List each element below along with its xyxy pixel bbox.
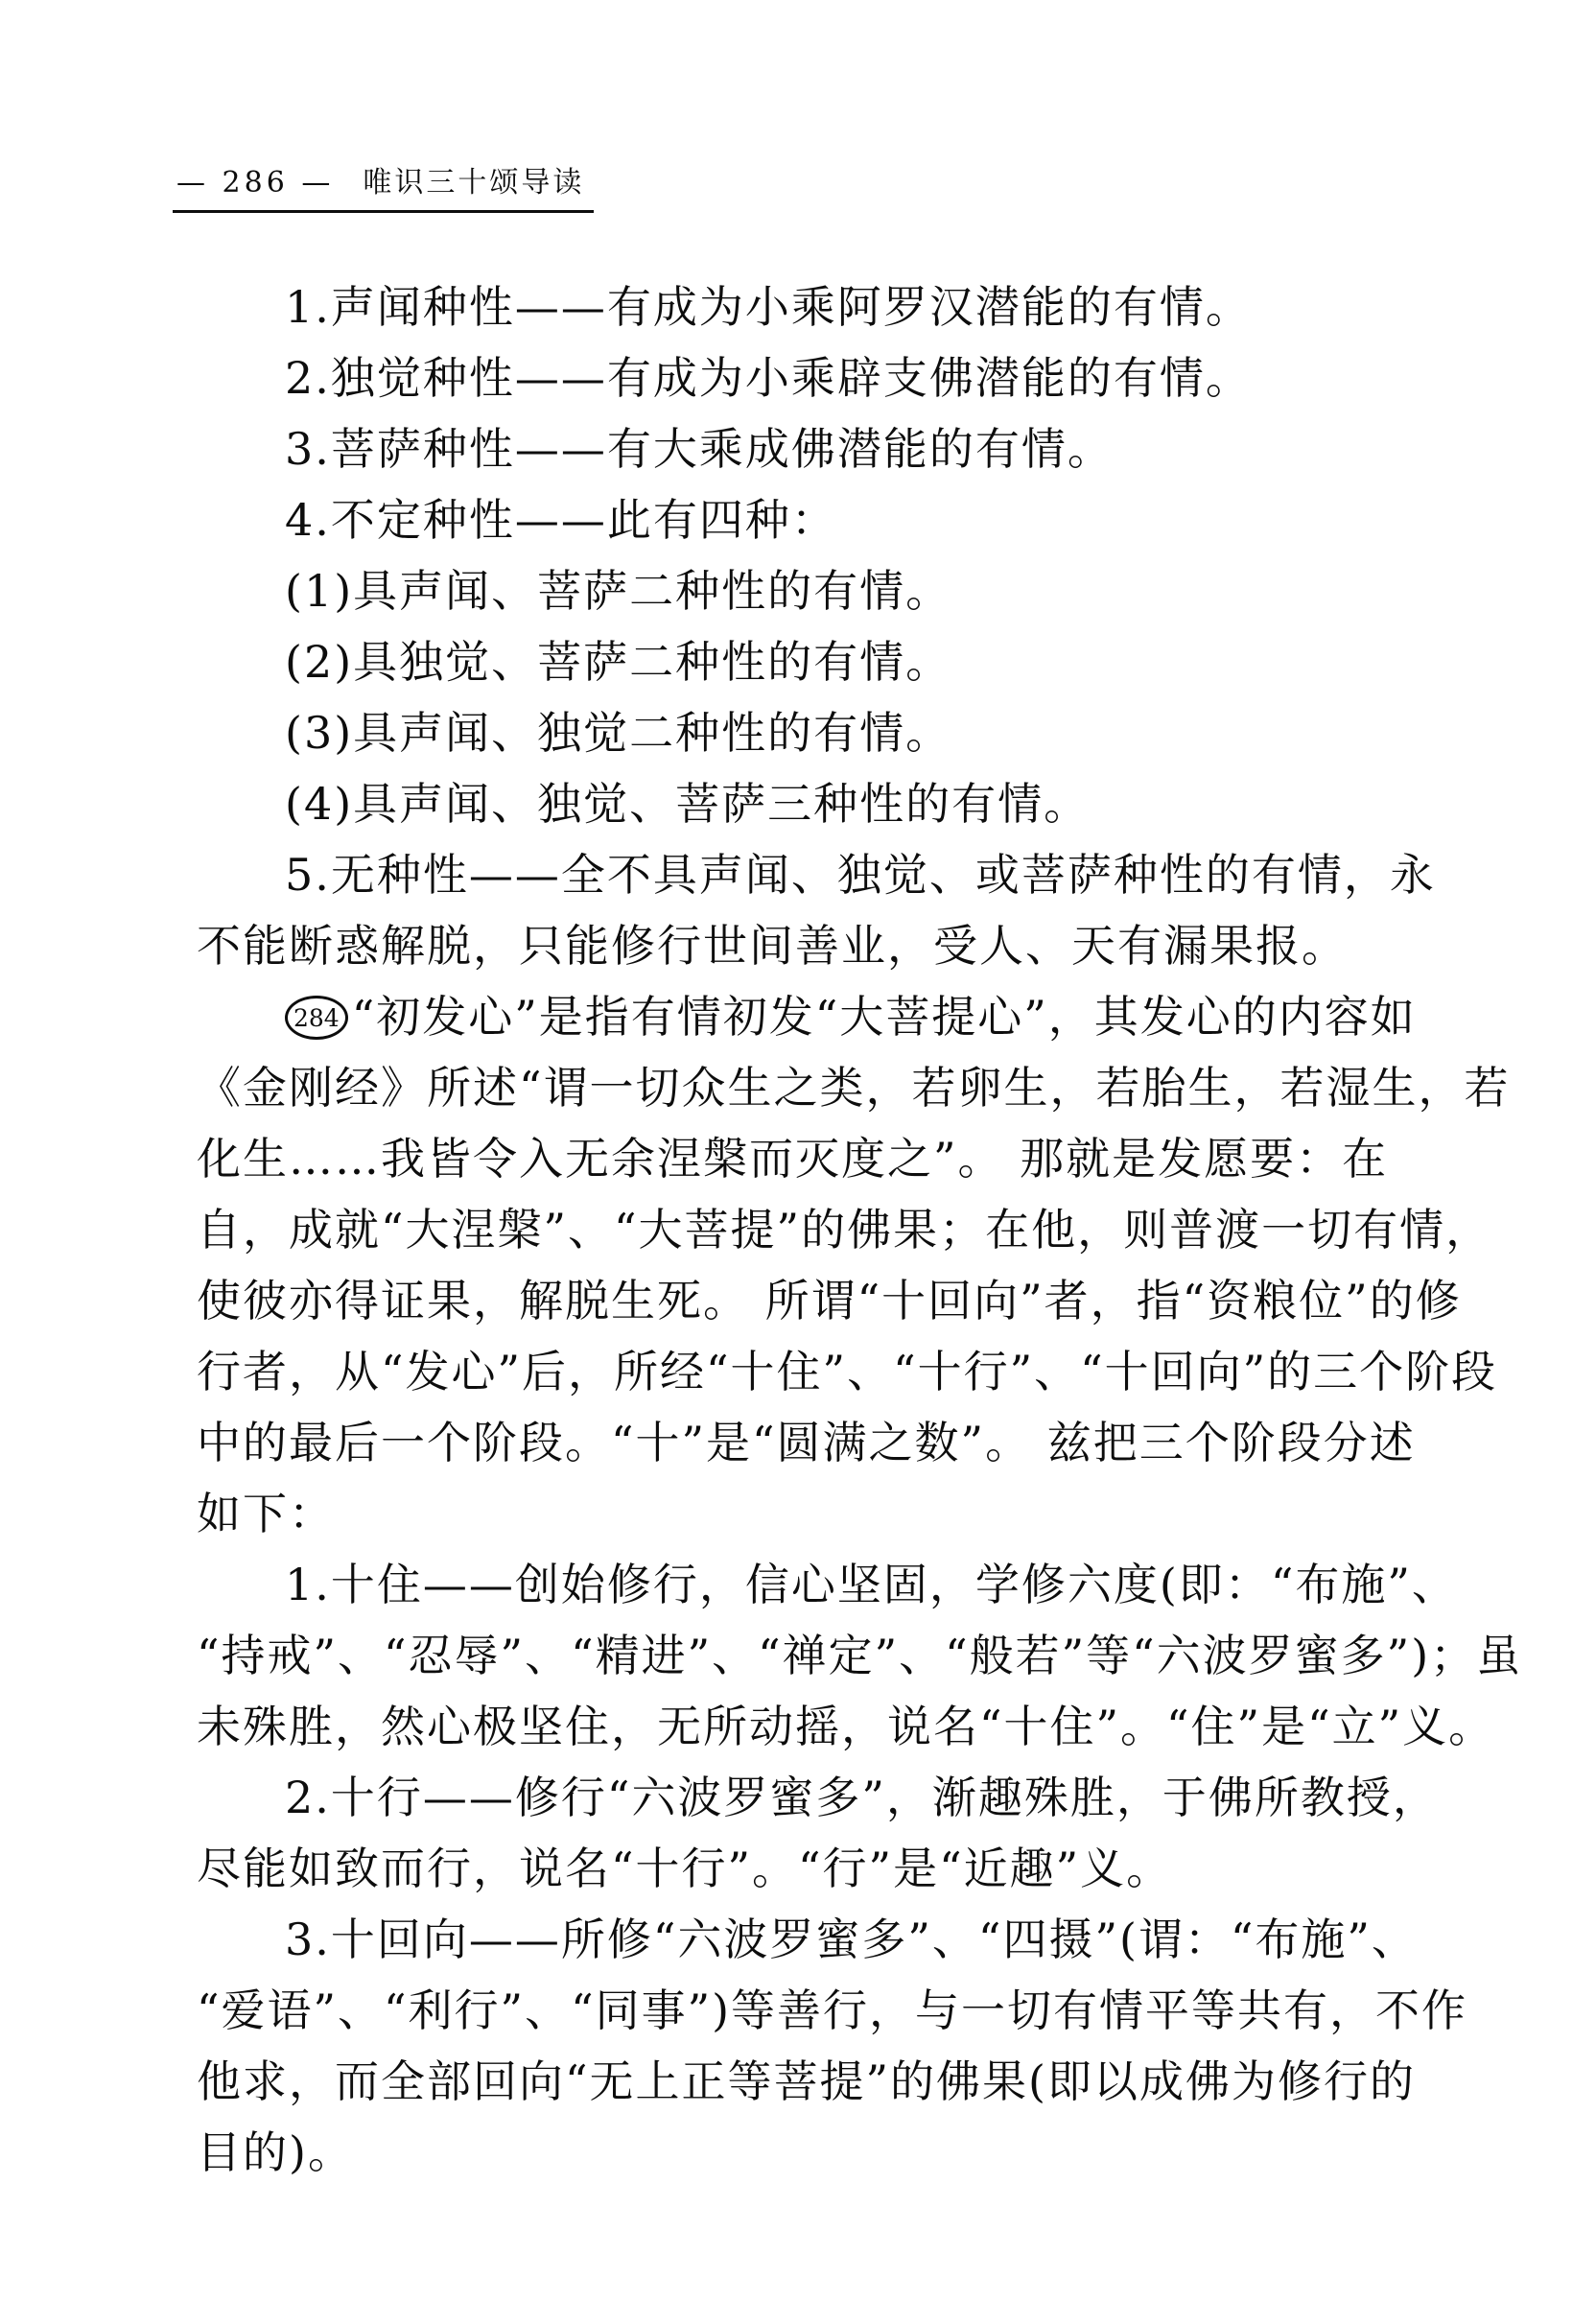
text-line: 《金刚经》所述“谓一切众生之类，若卵生，若胎生，若湿生，若 (197, 1052, 1501, 1123)
text-line: 4.不定种性——此有四种： (197, 484, 1501, 555)
text-line: 1.十住——创始修行，信心坚固，学修六度(即：“布施”、 (197, 1549, 1501, 1620)
text-line: (2)具独觉、菩萨二种性的有情。 (197, 626, 1501, 697)
text-line: (4)具声闻、独觉、菩萨三种性的有情。 (197, 768, 1501, 839)
text-line: 如下： (197, 1478, 1501, 1549)
text-line: 中的最后一个阶段。“十”是“圆满之数”。 兹把三个阶段分述 (197, 1407, 1501, 1478)
scanned-book-page: — 286 —唯识三十颂导读 1.声闻种性——有成为小乘阿罗汉潜能的有情。2.独… (0, 0, 1596, 2301)
text-line: 3.菩萨种性——有大乘成佛潜能的有情。 (197, 413, 1501, 484)
text-line: “持戒”、“忍辱”、“精进”、“禅定”、“般若”等“六波罗蜜多”)；虽 (197, 1620, 1501, 1691)
text-line: 不能断惑解脱，只能修行世间善业，受人、天有漏果报。 (197, 910, 1501, 981)
text-line: 使彼亦得证果，解脱生死。 所谓“十回向”者，指“资粮位”的修 (197, 1265, 1501, 1336)
text-line: 自，成就“大涅槃”、“大菩提”的佛果；在他，则普渡一切有情， (197, 1194, 1501, 1265)
page-number: — 286 — (176, 166, 334, 200)
text-line: 行者，从“发心”后，所经“十住”、“十行”、“十回向”的三个阶段 (197, 1336, 1501, 1407)
text-line: 1.声闻种性——有成为小乘阿罗汉潜能的有情。 (197, 271, 1501, 342)
text-line: 未殊胜，然心极坚住，无所动摇，说名“十住”。“住”是“立”义。 (197, 1691, 1501, 1762)
text-line: 5.无种性——全不具声闻、独觉、或菩萨种性的有情，永 (197, 839, 1501, 910)
text-line: 他求，而全部回向“无上正等菩提”的佛果(即以成佛为修行的 (197, 2046, 1501, 2117)
footnote-number-marker: 284 (285, 996, 348, 1040)
text-line: (1)具声闻、菩萨二种性的有情。 (197, 555, 1501, 626)
text-line: (3)具声闻、独觉二种性的有情。 (197, 697, 1501, 768)
book-title: 唯识三十颂导读 (363, 166, 584, 200)
text-line: 3.十回向——所修“六波罗蜜多”、“四摄”(谓：“布施”、 (197, 1904, 1501, 1975)
page-header: — 286 —唯识三十颂导读 (173, 165, 594, 213)
text-line: 化生……我皆令入无余涅槃而灭度之”。 那就是发愿要：在 (197, 1123, 1501, 1194)
text-line: 284“初发心”是指有情初发“大菩提心”，其发心的内容如 (197, 981, 1501, 1052)
text-line: 目的)。 (197, 2117, 1501, 2188)
text-line: 2.独觉种性——有成为小乘辟支佛潜能的有情。 (197, 342, 1501, 413)
text-line: 2.十行——修行“六波罗蜜多”，渐趣殊胜，于佛所教授， (197, 1762, 1501, 1833)
text-line: “爱语”、“利行”、“同事”)等善行，与一切有情平等共有，不作 (197, 1975, 1501, 2046)
text-line: 尽能如致而行，说名“十行”。“行”是“近趣”义。 (197, 1833, 1501, 1904)
text-lines: 1.声闻种性——有成为小乘阿罗汉潜能的有情。2.独觉种性——有成为小乘辟支佛潜能… (197, 271, 1501, 2188)
